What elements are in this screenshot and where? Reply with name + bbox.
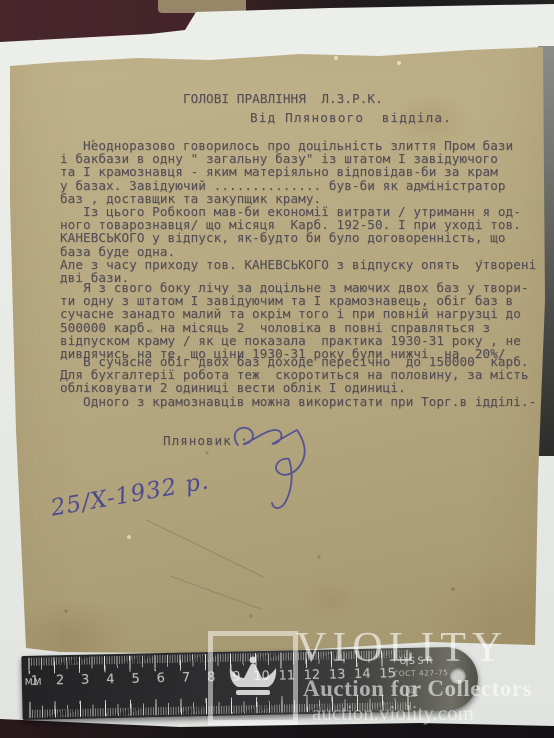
watermark-brand: VIOLITY — [296, 624, 508, 672]
watermark-tagline: Auction for Collectors — [303, 676, 532, 702]
paragraph-2: Із цього Робкооп мав-би економії витрати… — [60, 205, 536, 284]
paragraph-3: Я з свого боку лічу за доцільне з маючих… — [60, 281, 529, 360]
paper-crease — [146, 520, 263, 578]
paragraph-5: Одного з крамознавців можна використати … — [60, 395, 536, 408]
ruler-number: 1 — [25, 674, 45, 689]
ruler-number: 5 — [125, 671, 145, 686]
document-subtitle: Від Плянового відділа. — [250, 111, 452, 124]
ruler-number: 7 — [176, 670, 196, 685]
document-title: ГОЛОВІ ПРАВЛІННЯ Л.З.Р.К. — [183, 92, 383, 105]
ruler-number: 3 — [75, 672, 95, 687]
paragraph-1: Неодноразово говорилось про доцільність … — [60, 139, 513, 205]
ruler-number: 2 — [50, 673, 70, 688]
ruler-number: 4 — [100, 672, 120, 687]
paper-crease — [171, 576, 261, 609]
watermark-logo-box — [208, 631, 298, 725]
signature-ink — [222, 413, 332, 523]
watermark-url: auction.violity.com — [312, 701, 474, 726]
handwritten-date: 25/X-1932 р. — [49, 468, 211, 521]
ruler-number: 6 — [151, 671, 171, 686]
paragraph-4: В сучасне обіг двох баз доходе пересічно… — [60, 355, 529, 395]
crown-icon — [225, 655, 281, 701]
